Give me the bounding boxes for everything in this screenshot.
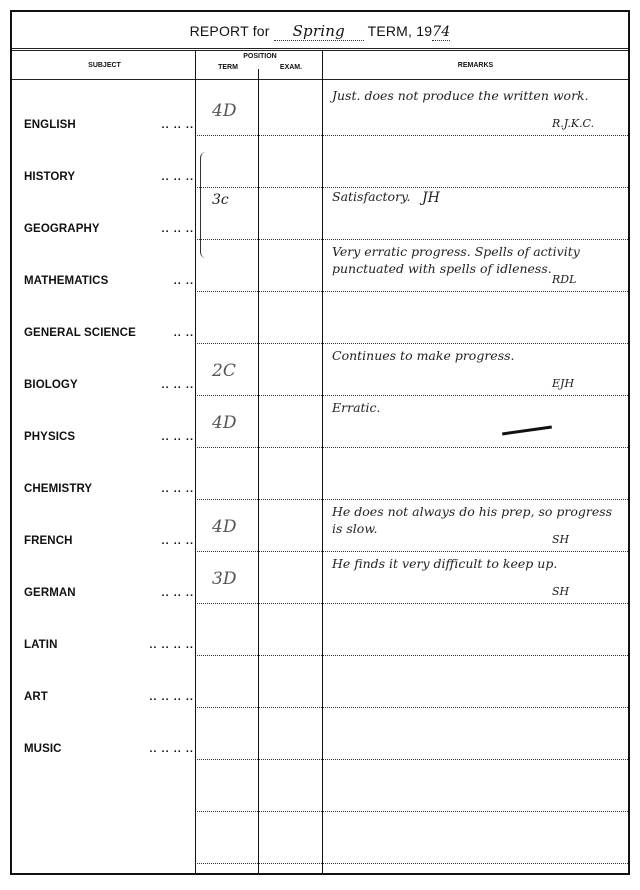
- subject-name: BIOLOGY: [24, 379, 78, 391]
- teacher-signature: SH: [552, 533, 569, 546]
- subject-name: HISTORY: [24, 171, 75, 183]
- subject-row-music: MUSIC.. .. .. ..: [24, 743, 194, 755]
- leader-dots: .. .. ..: [162, 171, 194, 183]
- report-card: REPORT for Spring TERM, 1974 SUBJECT POS…: [10, 10, 630, 875]
- remark: Just. does not produce the written work.: [332, 87, 622, 104]
- subject-name: MUSIC: [24, 743, 62, 755]
- report-for-label: REPORT for: [190, 23, 270, 39]
- grouped-signature: JH: [422, 190, 440, 206]
- position-label: POSITION: [197, 51, 323, 60]
- leader-dots: .. .. .. ..: [149, 743, 194, 755]
- scribbled-signature: [502, 426, 552, 436]
- report-title-bar: REPORT for Spring TERM, 1974: [12, 12, 628, 51]
- term-position: 3D: [212, 569, 236, 589]
- teacher-signature: EJH: [552, 377, 574, 390]
- column-header-term: TERM: [197, 64, 259, 71]
- subject-name: FRENCH: [24, 535, 73, 547]
- remark: Continues to make progress.: [332, 347, 622, 364]
- remark: Very erratic progress. Spells of activit…: [332, 243, 622, 277]
- teacher-signature: RDL: [552, 273, 576, 286]
- leader-dots: .. .. ..: [162, 535, 194, 547]
- subject-row-mathematics: MATHEMATICS.. ..: [24, 275, 194, 287]
- column-header-subject: SUBJECT: [12, 51, 197, 80]
- subject-row-biology: BIOLOGY.. .. ..: [24, 379, 194, 391]
- teacher-signature: SH: [552, 585, 569, 598]
- leader-dots: .. .. ..: [162, 379, 194, 391]
- subject-name: GERMAN: [24, 587, 76, 599]
- subject-name: GENERAL SCIENCE: [24, 327, 136, 339]
- row-divider: [197, 447, 628, 448]
- leader-dots: .. ..: [174, 275, 194, 287]
- column-header-position: POSITION TERM EXAM.: [197, 51, 323, 80]
- report-title: REPORT for Spring TERM, 1974: [12, 22, 628, 41]
- row-divider: [197, 707, 628, 708]
- subject-row-german: GERMAN.. .. ..: [24, 587, 194, 599]
- subject-name: LATIN: [24, 639, 58, 651]
- row-divider: [197, 343, 628, 344]
- subject-row-physics: PHYSICS.. .. ..: [24, 431, 194, 443]
- row-divider: [197, 759, 628, 760]
- column-header-remarks: REMARKS: [323, 51, 628, 80]
- leader-dots: .. ..: [174, 327, 194, 339]
- leader-dots: .. .. ..: [162, 483, 194, 495]
- divider-subject: [195, 51, 196, 873]
- remark: Erratic.: [332, 399, 622, 416]
- subject-row-general-science: GENERAL SCIENCE.. ..: [24, 327, 194, 339]
- history-geography-brace: [200, 152, 211, 258]
- leader-dots: .. .. ..: [162, 119, 194, 131]
- divider-term-exam: [258, 69, 259, 873]
- year-field: 74: [432, 24, 450, 41]
- subject-name: PHYSICS: [24, 431, 75, 443]
- subject-row-geography: GEOGRAPHY.. .. ..: [24, 223, 194, 235]
- row-divider: [197, 395, 628, 396]
- subject-name: GEOGRAPHY: [24, 223, 100, 235]
- subject-row-chemistry: CHEMISTRY.. .. ..: [24, 483, 194, 495]
- grouped-term-position: 3c: [212, 192, 229, 208]
- row-divider: [197, 135, 628, 136]
- subject-row-english: ENGLISH.. .. ..: [24, 119, 194, 131]
- row-divider: [197, 655, 628, 656]
- leader-dots: .. .. ..: [162, 587, 194, 599]
- remark: He does not always do his prep, so progr…: [332, 503, 622, 537]
- subject-name: MATHEMATICS: [24, 275, 108, 287]
- row-divider: [197, 863, 628, 864]
- column-header-exam: EXAM.: [259, 64, 323, 71]
- row-divider: [197, 291, 628, 292]
- subject-name: ENGLISH: [24, 119, 76, 131]
- subject-name: CHEMISTRY: [24, 483, 92, 495]
- term-position: 4D: [212, 517, 236, 537]
- row-divider: [197, 239, 628, 240]
- subject-row-history: HISTORY.. .. ..: [24, 171, 194, 183]
- term-position: 4D: [212, 101, 236, 121]
- term-position: 2C: [212, 361, 236, 381]
- row-divider: [197, 499, 628, 500]
- term-name-field: Spring: [274, 22, 364, 41]
- row-divider: [197, 603, 628, 604]
- divider-remarks: [322, 51, 323, 873]
- term-position: 4D: [212, 413, 236, 433]
- subject-row-art: ART.. .. .. ..: [24, 691, 194, 703]
- row-divider: [197, 811, 628, 812]
- remark: He finds it very difficult to keep up.: [332, 555, 622, 572]
- leader-dots: .. .. .. ..: [149, 639, 194, 651]
- subject-row-latin: LATIN.. .. .. ..: [24, 639, 194, 651]
- teacher-signature: R.J.K.C.: [552, 117, 594, 130]
- term-label: TERM, 19: [368, 23, 433, 39]
- leader-dots: .. .. ..: [162, 431, 194, 443]
- subject-row-french: FRENCH.. .. ..: [24, 535, 194, 547]
- row-divider: [197, 551, 628, 552]
- grouped-remark: Satisfactory.: [332, 188, 622, 205]
- leader-dots: .. .. ..: [162, 223, 194, 235]
- leader-dots: .. .. .. ..: [149, 691, 194, 703]
- subject-name: ART: [24, 691, 48, 703]
